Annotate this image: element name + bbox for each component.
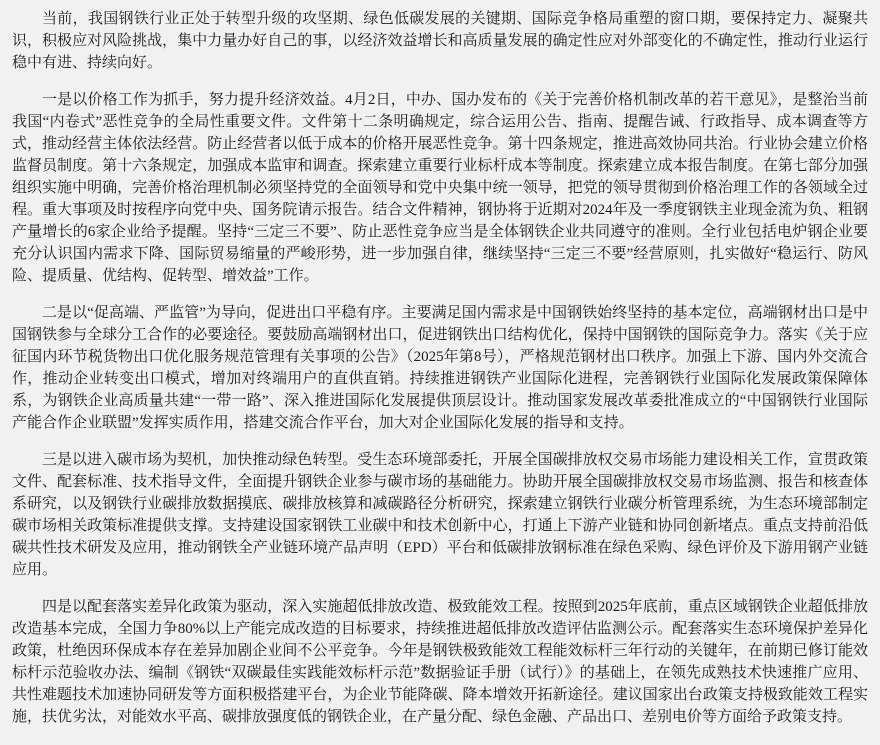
- paragraph-point-1-pricing: 一是以价格工作为抓手，努力提升经济效益。4月2日，中办、国办发布的《关于完善价格…: [12, 89, 868, 287]
- paragraph-point-2-export: 二是以“促高端、严监管”为导向，促进出口平稳有序。主要满足国内需求是中国钢铁始终…: [12, 302, 868, 434]
- paragraph-point-3-carbon-market: 三是以进入碳市场为契机，加快推动绿色转型。受生态环境部委托，开展全国碳排放权交易…: [12, 449, 868, 581]
- paragraph-point-4-differentiated-policy: 四是以配套落实差异化政策为驱动，深入实施超低排放改造、极致能效工程。按照到202…: [12, 596, 868, 728]
- document-page: 当前，我国钢铁行业正处于转型升级的攻坚期、绿色低碳发展的关键期、国际竞争格局重塑…: [0, 0, 880, 745]
- paragraph-intro: 当前，我国钢铁行业正处于转型升级的攻坚期、绿色低碳发展的关键期、国际竞争格局重塑…: [12, 8, 868, 74]
